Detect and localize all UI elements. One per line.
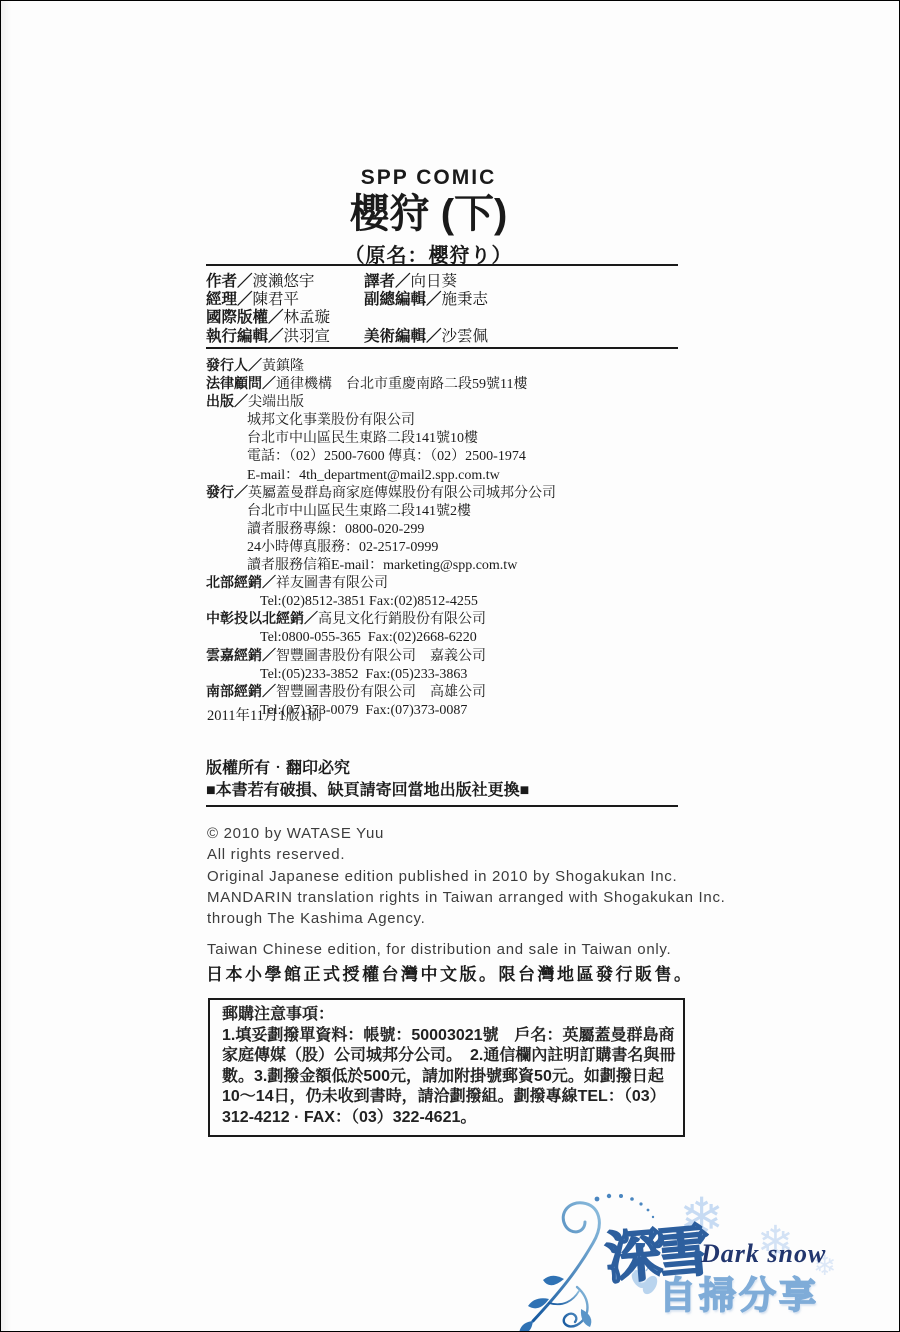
credit-row: 經理／陳君平 副總編輯／施秉志 [206, 291, 678, 309]
publishing-role-label: 南部經銷／ [206, 683, 276, 699]
publishing-line: 電話：（02）2500-7600 傳真：（02）2500-1974 [206, 447, 786, 465]
credits-section: 作者／渡瀨悠宇 譯者／向日葵 經理／陳君平 副總編輯／施秉志 國際版權／林孟璇 … [206, 273, 678, 346]
copyright-notice: 版權所有‧翻印必究 ■本書若有破損、缺頁請寄回當地出版社更換■ [206, 758, 529, 801]
publishing-value: Tel:0800-055-365 Fax:(02)2668-6220 [260, 630, 477, 645]
publishing-line: 讀者服務專線：0800-020-299 [206, 520, 786, 538]
english-copyright-line: Original Japanese edition published in 2… [207, 866, 726, 887]
imprint-label: SPP COMIC [206, 166, 651, 190]
mail-order-line: 郵購注意事項： [222, 1005, 671, 1026]
publishing-value: 祥友圖書有限公司 [276, 576, 388, 591]
publishing-role-label: 北部經銷／ [206, 574, 276, 590]
book-title: 櫻狩 (下) [206, 192, 651, 236]
publishing-line: 法律顧問／通律機構 台北市重慶南路二段59號11樓 [206, 375, 786, 393]
publishing-role-label: 中彰投以北經銷／ [206, 610, 318, 626]
publishing-line: 城邦文化事業股份有限公司 [206, 411, 786, 429]
publishing-line: Tel:(02)8512-3851 Fax:(02)8512-4255 [206, 592, 786, 610]
mail-order-line: 10～14日，仍未收到書時，請洽劃撥組。劃撥專線TEL：（03） [222, 1087, 671, 1108]
publishing-value: 尖端出版 [248, 395, 304, 410]
publishing-value: 電話：（02）2500-7600 傳真：（02）2500-1974 [247, 449, 526, 464]
publishing-line: 北部經銷／祥友圖書有限公司 [206, 574, 786, 592]
publishing-line: 出版／尖端出版 [206, 393, 786, 411]
publishing-role-label: 出版／ [206, 393, 248, 409]
credit-person-name: 沙雲佩 [442, 328, 489, 345]
credit-left: 國際版權／林孟璇 [206, 309, 364, 327]
publishing-value: 通律機構 台北市重慶南路二段59號11樓 [276, 377, 527, 392]
credit-person-name: 陳君平 [253, 291, 300, 308]
credit-row: 作者／渡瀨悠宇 譯者／向日葵 [206, 273, 678, 291]
publishing-line: 台北市中山區民生東路二段141號2樓 [206, 502, 786, 520]
publishing-line: 讀者服務信箱E-mail：marketing@spp.com.tw [206, 556, 786, 574]
colophon-page: SPP COMIC 櫻狩 (下) （原名：櫻狩り） 作者／渡瀨悠宇 譯者／向日葵… [0, 0, 900, 1332]
credit-person-name: 渡瀨悠宇 [253, 273, 315, 290]
mail-order-line: 1.填妥劃撥單資料：帳號：50003021號 戶名：英屬蓋曼群島商 [222, 1026, 671, 1047]
horizontal-rule [206, 264, 678, 266]
english-copyright-line: All rights reserved. [207, 844, 726, 865]
credit-role-label: 經理／ [206, 291, 253, 308]
english-copyright-line: © 2010 by WATASE Yuu [207, 823, 726, 844]
publishing-value: E-mail：4th_department@mail2.spp.com.tw [247, 468, 500, 483]
publishing-value: 英屬蓋曼群島商家庭傳媒股份有限公司城邦分公司 [248, 486, 556, 501]
credit-left: 作者／渡瀨悠宇 [206, 273, 364, 291]
english-copyright-line: MANDARIN translation rights in Taiwan ar… [207, 887, 726, 908]
publishing-value: 高見文化行銷股份有限公司 [318, 612, 486, 627]
publishing-line: 發行人／黃鎮隆 [206, 357, 786, 375]
publishing-value: 讀者服務專線：0800-020-299 [247, 522, 424, 537]
taiwan-edition-chinese: 日本小學館正式授權台灣中文版。限台灣地區發行販售。 [206, 960, 694, 985]
credit-person-name: 洪羽宣 [284, 328, 331, 345]
publishing-line: Tel:(05)233-3852 Fax:(05)233-3863 [206, 665, 786, 683]
mail-order-line: 家庭傳媒（股）公司城邦分公司。 2.通信欄內註明訂購書名與冊 [222, 1046, 671, 1067]
publishing-value: 24小時傳真服務：02-2517-0999 [247, 540, 438, 555]
publishing-role-label: 發行人／ [206, 357, 262, 373]
english-copyright-section: © 2010 by WATASE Yuu All rights reserved… [207, 823, 726, 929]
watermark-tagline: 自掃分享 [659, 1265, 819, 1319]
edition-date: 2011年11月1版1刷 [207, 704, 322, 725]
mail-order-line: 312-4212 · FAX：（03）322-4621。 [222, 1108, 671, 1129]
publishing-value: Tel:(05)233-3852 Fax:(05)233-3863 [260, 667, 467, 682]
publishing-value: Tel:(02)8512-3851 Fax:(02)8512-4255 [260, 594, 478, 609]
credit-row: 國際版權／林孟璇 [206, 309, 678, 327]
credit-row: 執行編輯／洪羽宣 美術編輯／沙雲佩 [206, 328, 678, 346]
credit-role-label: 美術編輯／ [364, 328, 442, 345]
mail-order-line: 數。3.劃撥金額低於500元，請加附掛號郵資50元。如劃撥日起 [222, 1067, 671, 1088]
publishing-line: 雲嘉經銷／智豐圖書股份有限公司 嘉義公司 [206, 647, 786, 665]
credit-right: 副總編輯／施秉志 [364, 291, 488, 309]
credit-left: 經理／陳君平 [206, 291, 364, 309]
credit-role-label: 副總編輯／ [364, 291, 442, 308]
publishing-value: 黃鎮隆 [262, 359, 304, 374]
publishing-value: 城邦文化事業股份有限公司 [247, 413, 415, 428]
credit-person-name: 向日葵 [411, 273, 458, 290]
taiwan-edition-english: Taiwan Chinese edition, for distribution… [207, 941, 671, 958]
publishing-value: 台北市中山區民生東路二段141號2樓 [247, 504, 471, 519]
publishing-line: 中彰投以北經銷／高見文化行銷股份有限公司 [206, 610, 786, 628]
publishing-line: E-mail：4th_department@mail2.spp.com.tw [206, 466, 786, 484]
mail-order-notice-box: 郵購注意事項： 1.填妥劃撥單資料：帳號：50003021號 戶名：英屬蓋曼群島… [208, 998, 685, 1137]
horizontal-rule [206, 805, 678, 807]
credit-role-label: 作者／ [206, 273, 253, 290]
copyright-notice-line: ■本書若有破損、缺頁請寄回當地出版社更換■ [206, 780, 529, 802]
title-block: SPP COMIC 櫻狩 (下) （原名：櫻狩り） [206, 166, 651, 268]
publishing-role-label: 法律顧問／ [206, 375, 276, 391]
publishing-value: 台北市中山區民生東路二段141號10樓 [247, 431, 478, 446]
credit-person-name: 林孟璇 [284, 309, 331, 326]
credit-role-label: 譯者／ [364, 273, 411, 290]
publishing-value: 讀者服務信箱E-mail：marketing@spp.com.tw [247, 558, 517, 573]
publishing-line: Tel:0800-055-365 Fax:(02)2668-6220 [206, 628, 786, 646]
publishing-value: 智豐圖書股份有限公司 嘉義公司 [276, 649, 486, 664]
credit-right: 譯者／向日葵 [364, 273, 457, 291]
credit-role-label: 執行編輯／ [206, 328, 284, 345]
horizontal-rule [206, 347, 678, 349]
credit-right: 美術編輯／沙雲佩 [364, 328, 488, 346]
publishing-role-label: 發行／ [206, 484, 248, 500]
publishing-role-label: 雲嘉經銷／ [206, 647, 276, 663]
scanlation-watermark: ❄ ❄ ❄ 深雪 Dark snow 自掃分享 [519, 1189, 859, 1332]
english-copyright-line: through The Kashima Agency. [207, 908, 726, 929]
publishing-line: 發行／英屬蓋曼群島商家庭傳媒股份有限公司城邦分公司 [206, 484, 786, 502]
copyright-notice-line: 版權所有‧翻印必究 [206, 758, 529, 780]
credit-role-label: 國際版權／ [206, 309, 284, 326]
credit-left: 執行編輯／洪羽宣 [206, 328, 364, 346]
publishing-line: 台北市中山區民生東路二段141號10樓 [206, 429, 786, 447]
credit-person-name: 施秉志 [442, 291, 489, 308]
publishing-line: 南部經銷／智豐圖書股份有限公司 高雄公司 [206, 683, 786, 701]
publishing-value: 智豐圖書股份有限公司 高雄公司 [276, 685, 486, 700]
publishing-line: 24小時傳真服務：02-2517-0999 [206, 538, 786, 556]
publishing-section: 發行人／黃鎮隆 法律顧問／通律機構 台北市重慶南路二段59號11樓 出版／尖端出… [206, 357, 786, 719]
